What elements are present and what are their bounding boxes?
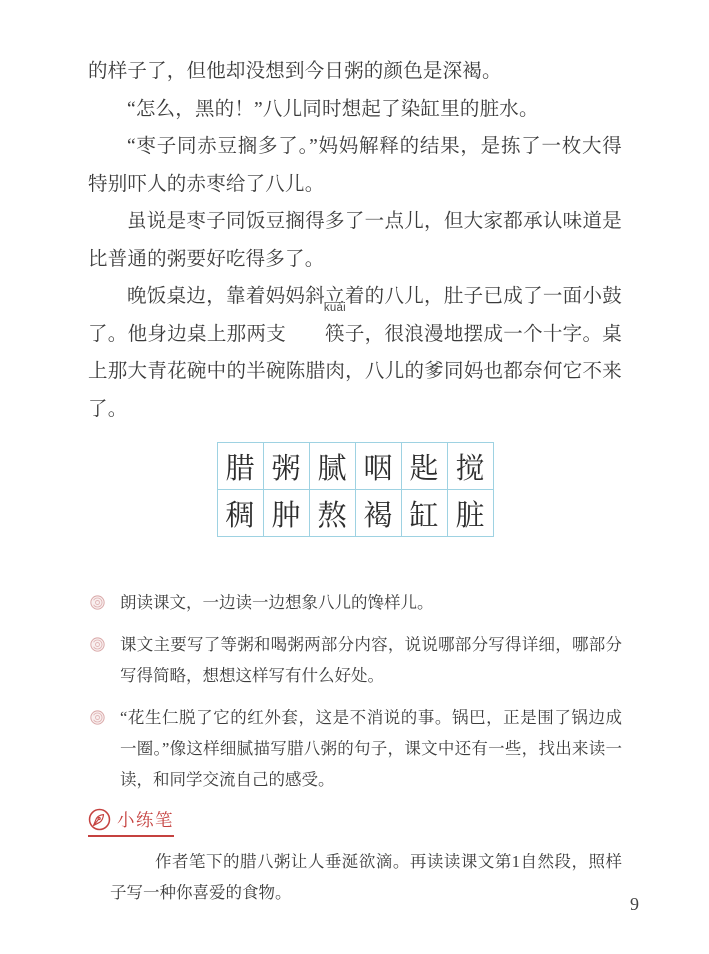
exercise-item: “花生仁脱了它的红外套，这是不消说的事。锅巴，正是围了锅边成一圈。”像这样细腻描… bbox=[88, 702, 622, 795]
exercise-item: 课文主要写了等粥和喝粥两部分内容，说说哪部分写得详细，哪部分写得简略，想想这样写… bbox=[88, 629, 622, 691]
exercise-list: 朗读课文，一边读一边想象八儿的馋样儿。 课文主要写了等粥和喝粥两部分内容，说说哪… bbox=[88, 587, 622, 795]
grid-char: 咽 bbox=[355, 442, 401, 489]
grid-char: 腻 bbox=[309, 442, 355, 489]
grid-char: 缸 bbox=[401, 489, 447, 536]
pen-nib-icon bbox=[88, 808, 111, 831]
paragraph: 虽说是枣子同饭豆搁得多了一点儿，但大家都承认味道是比普通的粥要好吃得多了。 bbox=[88, 203, 622, 278]
grid-char: 褐 bbox=[355, 489, 401, 536]
practice-text: 作者笔下的腊八粥让人垂涎欲滴。再读读课文第1自然段，照样子写一种你喜爱的食物。 bbox=[110, 846, 622, 908]
medallion-bullet-icon bbox=[90, 710, 105, 795]
exercise-text: “花生仁脱了它的红外套，这是不消说的事。锅巴，正是围了锅边成一圈。”像这样细腻描… bbox=[120, 702, 622, 795]
body-text: 的样子了，但他却没想到今日粥的颜色是深褐。 “怎么，黑的！”八儿同时想起了染缸里… bbox=[88, 53, 622, 428]
grid-char: 腊 bbox=[217, 442, 263, 489]
paragraph: 的样子了，但他却没想到今日粥的颜色是深褐。 bbox=[88, 53, 622, 91]
paragraph: “枣子同赤豆搁多了。”妈妈解释的结果，是拣了一枚大得特别吓人的赤枣给了八儿。 bbox=[88, 128, 622, 203]
practice-header: 小练笔 bbox=[88, 807, 174, 837]
grid-char: 粥 bbox=[263, 442, 309, 489]
page-number: 9 bbox=[630, 894, 639, 915]
practice-section: 小练笔 作者笔下的腊八粥让人垂涎欲滴。再读读课文第1自然段，照样子写一种你喜爱的… bbox=[88, 807, 622, 908]
paragraph: “怎么，黑的！”八儿同时想起了染缸里的脏水。 bbox=[88, 91, 622, 129]
grid-char: 脏 bbox=[447, 489, 493, 536]
grid-char: 肿 bbox=[263, 489, 309, 536]
exercise-item: 朗读课文，一边读一边想象八儿的馋样儿。 bbox=[88, 587, 622, 618]
grid-char: 搅 bbox=[447, 442, 493, 489]
pinyin-annotation: kuài bbox=[285, 303, 346, 315]
medallion-bullet-icon bbox=[90, 595, 105, 618]
ruby-base-char: 筷 bbox=[325, 324, 345, 345]
exercise-text: 朗读课文，一边读一边想象八儿的馋样儿。 bbox=[120, 587, 622, 618]
grid-char: 熬 bbox=[309, 489, 355, 536]
ruby-annotated-char: kuài筷 bbox=[286, 316, 345, 354]
grid-char: 稠 bbox=[217, 489, 263, 536]
practice-label: 小练笔 bbox=[117, 807, 174, 832]
exercise-text: 课文主要写了等粥和喝粥两部分内容，说说哪部分写得详细，哪部分写得简略，想想这样写… bbox=[120, 629, 622, 691]
textbook-page: 的样子了，但他却没想到今日粥的颜色是深褐。 “怎么，黑的！”八儿同时想起了染缸里… bbox=[0, 0, 709, 954]
new-character-grid: 腊 粥 腻 咽 匙 搅 稠 肿 熬 褐 缸 脏 bbox=[217, 442, 494, 537]
grid-char: 匙 bbox=[401, 442, 447, 489]
paragraph: 晚饭桌边，靠着妈妈斜立着的八儿，肚子已成了一面小鼓了。他身边桌上那两支kuài筷… bbox=[88, 278, 622, 428]
medallion-bullet-icon bbox=[90, 637, 105, 691]
